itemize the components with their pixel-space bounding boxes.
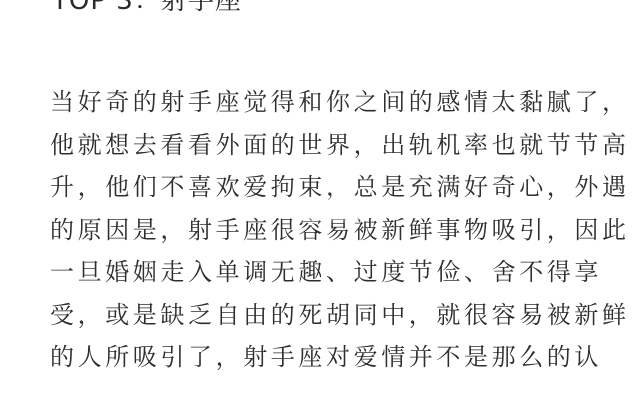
section-title: TOP 3：射手座 (52, 0, 242, 16)
article-body: 当好奇的射手座觉得和你之间的感情太黏腻了， 他就想去看看外面的世界，出轨机率也就… (50, 81, 610, 379)
paragraph-line: 的人所吸引了，射手座对爱情并不是那么的认 (50, 336, 610, 379)
watermark-overlay (300, 198, 360, 220)
paragraph-line: 他就想去看看外面的世界，出轨机率也就节节高 (50, 124, 610, 167)
paragraph-line: 一旦婚姻走入单调无趣、过度节俭、舍不得享 (50, 251, 610, 294)
paragraph-line: 当好奇的射手座觉得和你之间的感情太黏腻了， (50, 81, 610, 124)
paragraph-line: 受，或是缺乏自由的死胡同中，就很容易被新鲜 (50, 294, 610, 337)
